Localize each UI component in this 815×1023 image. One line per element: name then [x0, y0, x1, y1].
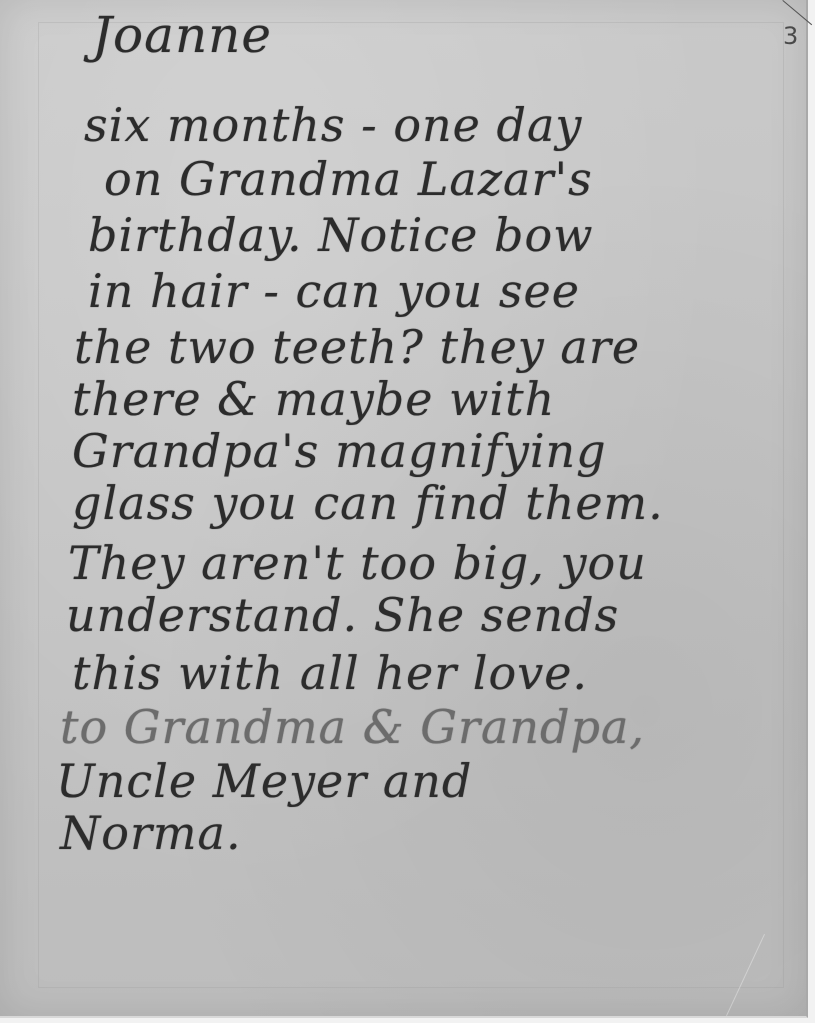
letter-line: Uncle Meyer and	[56, 754, 472, 808]
letter-line: in hair - can you see	[88, 264, 580, 318]
letter-line: six months - one day	[84, 98, 582, 152]
page-number: 3	[783, 22, 798, 50]
letter-line: Norma.	[60, 806, 242, 860]
letter-line: the two teeth? they are	[74, 320, 640, 374]
salutation-name: Joanne	[92, 6, 272, 64]
letter-line: birthday. Notice bow	[88, 208, 594, 262]
letter-line: understand. She sends	[66, 588, 619, 642]
letter-line: there & maybe with	[72, 372, 555, 426]
letter-line: this with all her love.	[72, 646, 588, 700]
letter-line: glass you can find them.	[72, 476, 664, 530]
letter-line: on Grandma Lazar's	[104, 152, 593, 206]
letter-line: to Grandma & Grandpa,	[60, 700, 645, 754]
letter-sheet: 3 Joanne six months - one day on Grandma…	[0, 0, 808, 1018]
letter-line: They aren't too big, you	[68, 536, 647, 590]
letter-line: Grandpa's magnifying	[72, 424, 607, 478]
